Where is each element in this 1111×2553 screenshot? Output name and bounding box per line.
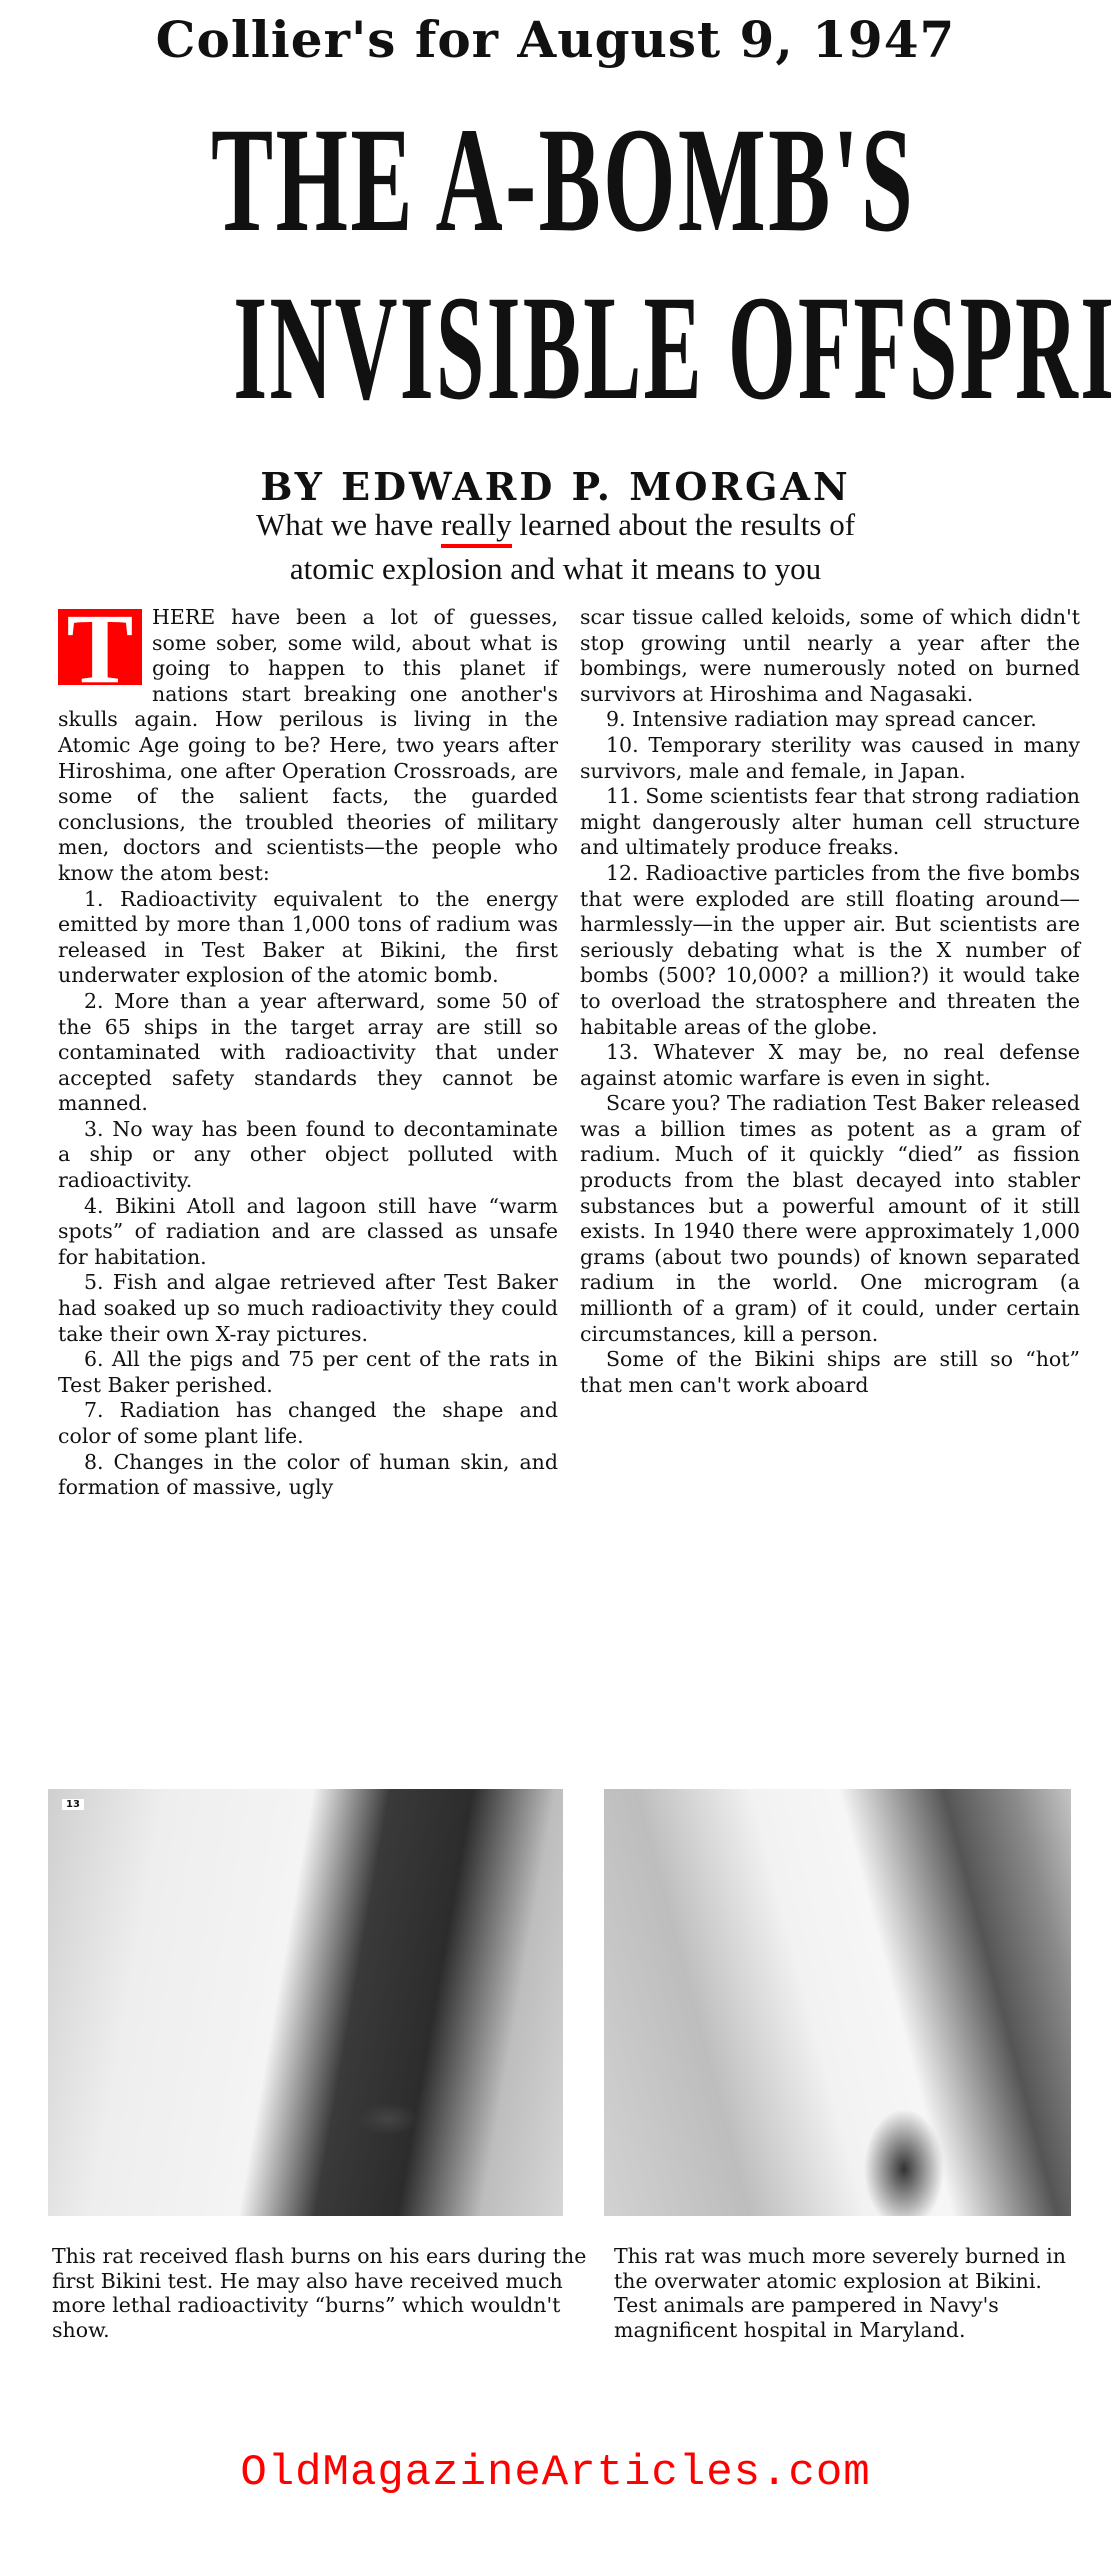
list-item-5: 5. Fish and algae retrieved after Test B… <box>58 1270 558 1347</box>
list-item-8: 8. Changes in the color of human skin, a… <box>58 1450 558 1501</box>
list-item-13: 13. Whatever X may be, no real defense a… <box>580 1040 1080 1091</box>
closing-paragraph: Some of the Bikini ships are still so “h… <box>580 1347 1080 1398</box>
article-column-right: scar tissue called keloids, some of whic… <box>580 605 1080 1398</box>
headline-line-2: INVISIBLE OFFSPRING <box>233 268 877 428</box>
list-item-11: 11. Some scientists fear that strong rad… <box>580 784 1080 861</box>
rat-photo-left: 13 <box>48 1789 563 2216</box>
list-item-9: 9. Intensive radiation may spread cancer… <box>580 707 1080 733</box>
list-item-2: 2. More than a year afterward, some 50 o… <box>58 989 558 1117</box>
list-item-1: 1. Radioactivity equivalent to the energ… <box>58 887 558 989</box>
rat-photo-right <box>604 1789 1071 2216</box>
dek-emphasis-really: really <box>441 507 512 548</box>
dek-line-1: What we have really learned about the re… <box>0 507 1111 543</box>
list-item-8-continued: scar tissue called keloids, some of whic… <box>580 605 1080 707</box>
drop-cap: T <box>58 609 142 685</box>
dek-text-after: learned about the results of <box>512 507 855 542</box>
list-item-3: 3. No way has been found to decontaminat… <box>58 1117 558 1194</box>
photo-number-label: 13 <box>62 1799 84 1810</box>
headline-line-1: THE A-BOMB'S <box>211 100 900 260</box>
watermark-link[interactable]: OldMagazineArticles.com <box>0 2448 1111 2498</box>
list-item-7: 7. Radiation has changed the shape and c… <box>58 1398 558 1449</box>
list-item-4: 4. Bikini Atoll and lagoon still have “w… <box>58 1194 558 1271</box>
list-item-6: 6. All the pigs and 75 per cent of the r… <box>58 1347 558 1398</box>
dek-line-2: atomic explosion and what it means to yo… <box>0 551 1111 587</box>
caption-right: This rat was much more severely burned i… <box>614 2244 1084 2342</box>
scare-paragraph: Scare you? The radiation Test Baker rele… <box>580 1091 1080 1347</box>
article-column-left: T HERE have been a lot of guesses, some … <box>58 605 558 1501</box>
masthead: Collier's for August 9, 1947 <box>0 10 1111 69</box>
byline: BY EDWARD P. MORGAN <box>0 464 1111 509</box>
dek-text-before: What we have <box>256 507 441 542</box>
drop-cap-letter: T <box>58 601 142 697</box>
list-item-10: 10. Temporary sterility was caused in ma… <box>580 733 1080 784</box>
list-item-12: 12. Radioactive particles from the five … <box>580 861 1080 1040</box>
caption-left: This rat received flash burns on his ear… <box>52 2244 592 2342</box>
